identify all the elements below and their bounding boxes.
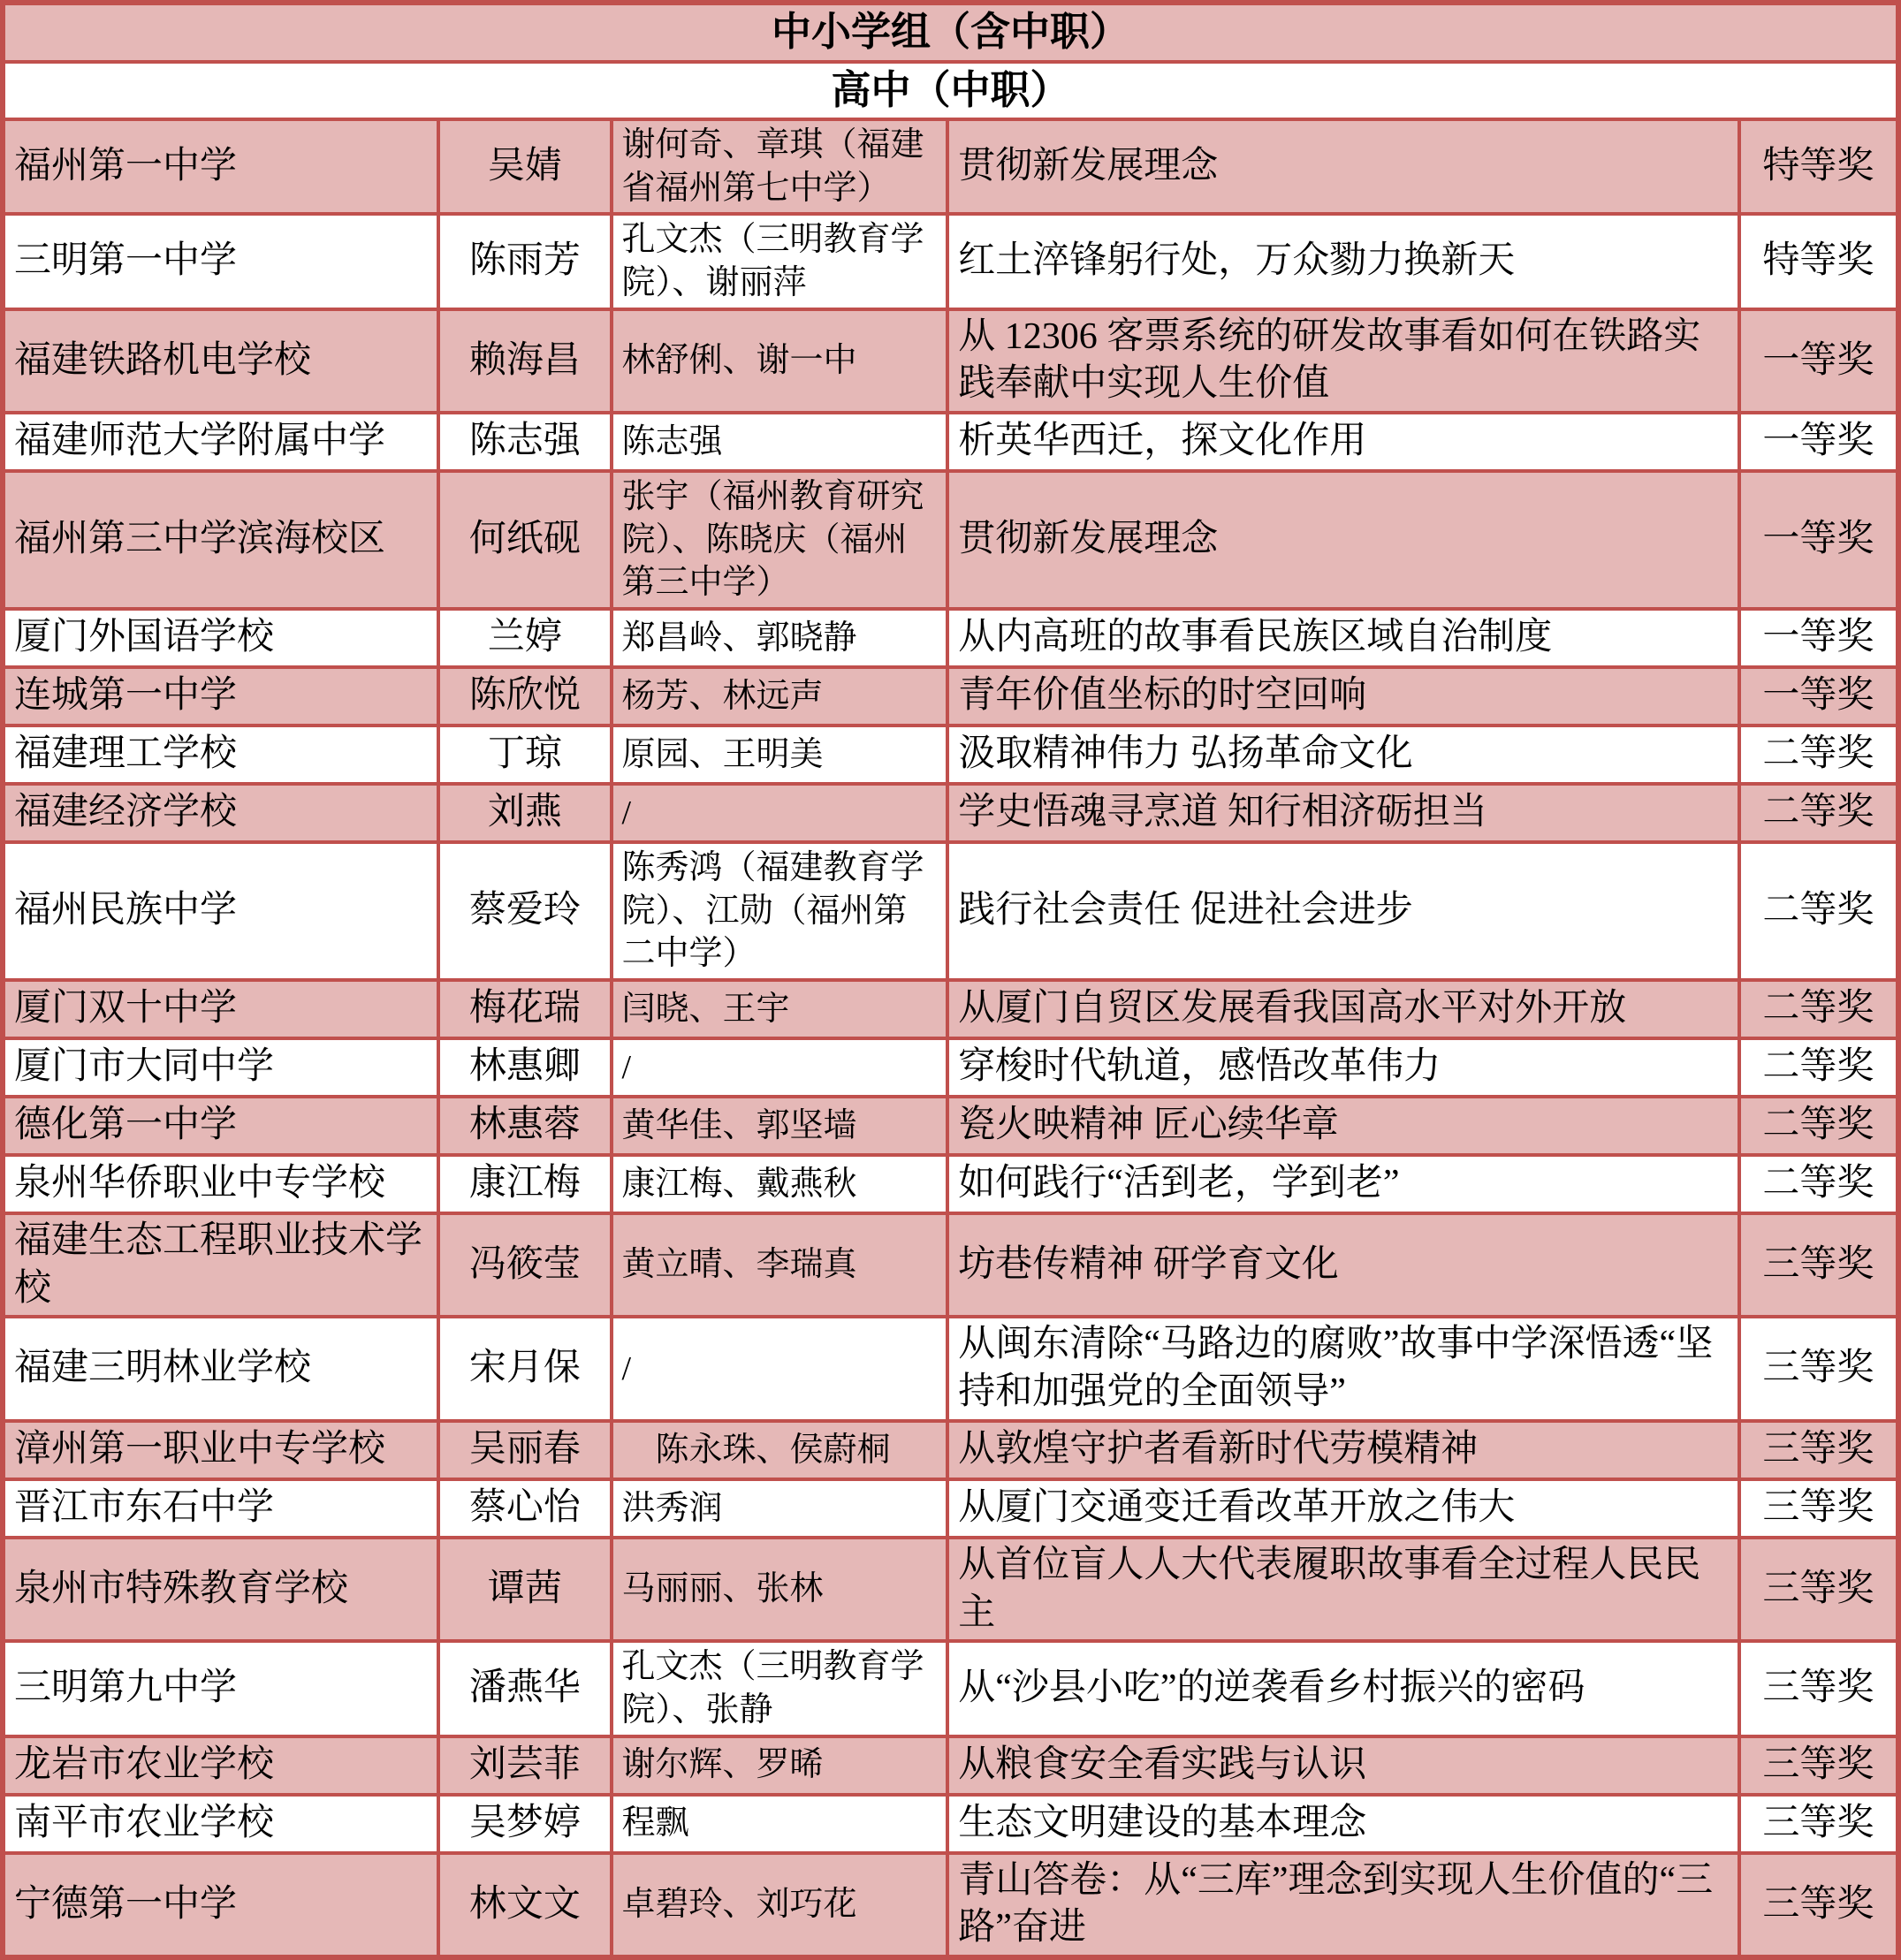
teachers-cell: 马丽丽、张林 <box>612 1538 948 1642</box>
table-row: 福建三明林业学校宋月保/从闽东清除“马路边的腐败”故事中学深悟透“坚持和加强党的… <box>3 1317 1898 1421</box>
table-row: 福建师范大学附属中学陈志强陈志强析英华西迁，探文化作用一等奖 <box>3 413 1898 471</box>
teachers-cell: / <box>612 784 948 842</box>
table-row: 福建理工学校丁琼原园、王明美汲取精神伟力 弘扬革命文化二等奖 <box>3 726 1898 784</box>
award-cell: 三等奖 <box>1739 1421 1898 1479</box>
table-row: 厦门外国语学校兰婷郑昌岭、郭晓静从内高班的故事看民族区域自治制度一等奖 <box>3 609 1898 667</box>
topic-cell: 坊巷传精神 研学育文化 <box>947 1213 1739 1318</box>
school-cell: 晋江市东石中学 <box>3 1479 438 1538</box>
teachers-cell: 原园、王明美 <box>612 726 948 784</box>
award-cell: 三等奖 <box>1739 1317 1898 1421</box>
topic-cell: 青山答卷：从“三库”理念到实现人生价值的“三路”奋进 <box>947 1853 1739 1958</box>
award-cell: 二等奖 <box>1739 784 1898 842</box>
student-cell: 林文文 <box>438 1853 611 1958</box>
table-row: 福州第一中学吴婧谢何奇、章琪（福建省福州第七中学）贯彻新发展理念特等奖 <box>3 119 1898 214</box>
award-cell: 二等奖 <box>1739 980 1898 1038</box>
teachers-cell: 陈秀鸿（福建教育学院）、江勋（福州第二中学） <box>612 842 948 980</box>
award-cell: 二等奖 <box>1739 1097 1898 1155</box>
award-cell: 三等奖 <box>1739 1853 1898 1958</box>
table-row: 厦门市大同中学林惠卿/穿梭时代轨道，感悟改革伟力二等奖 <box>3 1038 1898 1097</box>
award-cell: 三等奖 <box>1739 1795 1898 1853</box>
school-cell: 福建经济学校 <box>3 784 438 842</box>
student-cell: 何纸砚 <box>438 471 611 609</box>
topic-cell: 从敦煌守护者看新时代劳模精神 <box>947 1421 1739 1479</box>
teachers-cell: 黄立晴、李瑞真 <box>612 1213 948 1318</box>
teachers-cell: 洪秀润 <box>612 1479 948 1538</box>
table-row: 厦门双十中学梅花瑞闫晓、王宇从厦门自贸区发展看我国高水平对外开放二等奖 <box>3 980 1898 1038</box>
award-cell: 三等奖 <box>1739 1538 1898 1642</box>
school-cell: 福建理工学校 <box>3 726 438 784</box>
teachers-cell: 张宇（福州教育研究院）、陈晓庆（福州第三中学） <box>612 471 948 609</box>
award-cell: 二等奖 <box>1739 842 1898 980</box>
school-cell: 厦门外国语学校 <box>3 609 438 667</box>
student-cell: 蔡心怡 <box>438 1479 611 1538</box>
table-row: 晋江市东石中学蔡心怡洪秀润从厦门交通变迁看改革开放之伟大三等奖 <box>3 1479 1898 1538</box>
school-cell: 泉州市特殊教育学校 <box>3 1538 438 1642</box>
award-cell: 二等奖 <box>1739 1155 1898 1213</box>
student-cell: 林惠蓉 <box>438 1097 611 1155</box>
school-cell: 三明第九中学 <box>3 1641 438 1736</box>
student-cell: 潘燕华 <box>438 1641 611 1736</box>
student-cell: 陈欣悦 <box>438 667 611 726</box>
award-cell: 一等奖 <box>1739 413 1898 471</box>
section-header-row: 高中（中职） <box>3 62 1898 120</box>
table-row: 泉州华侨职业中专学校康江梅康江梅、戴燕秋如何践行“活到老，学到老”二等奖 <box>3 1155 1898 1213</box>
student-cell: 陈雨芳 <box>438 214 611 308</box>
school-cell: 龙岩市农业学校 <box>3 1736 438 1795</box>
topic-cell: 从厦门交通变迁看改革开放之伟大 <box>947 1479 1739 1538</box>
school-cell: 福州第一中学 <box>3 119 438 214</box>
topic-cell: 汲取精神伟力 弘扬革命文化 <box>947 726 1739 784</box>
teachers-cell: 谢何奇、章琪（福建省福州第七中学） <box>612 119 948 214</box>
award-cell: 二等奖 <box>1739 1038 1898 1097</box>
student-cell: 陈志强 <box>438 413 611 471</box>
student-cell: 刘芸菲 <box>438 1736 611 1795</box>
school-cell: 泉州华侨职业中专学校 <box>3 1155 438 1213</box>
teachers-cell: / <box>612 1038 948 1097</box>
award-cell: 一等奖 <box>1739 609 1898 667</box>
teachers-cell: 闫晓、王宇 <box>612 980 948 1038</box>
student-cell: 吴丽春 <box>438 1421 611 1479</box>
topic-cell: 瓷火映精神 匠心续华章 <box>947 1097 1739 1155</box>
student-cell: 康江梅 <box>438 1155 611 1213</box>
topic-cell: 青年价值坐标的时空回响 <box>947 667 1739 726</box>
topic-cell: 从首位盲人人大代表履职故事看全过程人民民主 <box>947 1538 1739 1642</box>
student-cell: 冯筱莹 <box>438 1213 611 1318</box>
award-cell: 三等奖 <box>1739 1736 1898 1795</box>
award-table-body: 中小学组（含中职） 高中（中职） 福州第一中学吴婧谢何奇、章琪（福建省福州第七中… <box>3 3 1898 1957</box>
topic-cell: 贯彻新发展理念 <box>947 119 1739 214</box>
topic-cell: 如何践行“活到老，学到老” <box>947 1155 1739 1213</box>
student-cell: 蔡爱玲 <box>438 842 611 980</box>
student-cell: 赖海昌 <box>438 309 611 414</box>
school-cell: 福建师范大学附属中学 <box>3 413 438 471</box>
group-header-row: 中小学组（含中职） <box>3 3 1898 62</box>
teachers-cell: 孔文杰（三明教育学院）、谢丽萍 <box>612 214 948 308</box>
school-cell: 连城第一中学 <box>3 667 438 726</box>
student-cell: 谭茜 <box>438 1538 611 1642</box>
student-cell: 吴婧 <box>438 119 611 214</box>
topic-cell: 从粮食安全看实践与认识 <box>947 1736 1739 1795</box>
student-cell: 吴梦婷 <box>438 1795 611 1853</box>
school-cell: 厦门市大同中学 <box>3 1038 438 1097</box>
student-cell: 丁琼 <box>438 726 611 784</box>
teachers-cell: 陈志强 <box>612 413 948 471</box>
topic-cell: 从 12306 客票系统的研发故事看如何在铁路实践奉献中实现人生价值 <box>947 309 1739 414</box>
table-row: 宁德第一中学林文文卓碧玲、刘巧花青山答卷：从“三库”理念到实现人生价值的“三路”… <box>3 1853 1898 1958</box>
school-cell: 南平市农业学校 <box>3 1795 438 1853</box>
student-cell: 刘燕 <box>438 784 611 842</box>
student-cell: 梅花瑞 <box>438 980 611 1038</box>
school-cell: 福建三明林业学校 <box>3 1317 438 1421</box>
school-cell: 厦门双十中学 <box>3 980 438 1038</box>
topic-cell: 红土淬锋躬行处，万众勠力换新天 <box>947 214 1739 308</box>
student-cell: 兰婷 <box>438 609 611 667</box>
table-row: 福建铁路机电学校赖海昌林舒俐、谢一中从 12306 客票系统的研发故事看如何在铁… <box>3 309 1898 414</box>
school-cell: 福州第三中学滨海校区 <box>3 471 438 609</box>
topic-cell: 从“沙县小吃”的逆袭看乡村振兴的密码 <box>947 1641 1739 1736</box>
topic-cell: 从内高班的故事看民族区域自治制度 <box>947 609 1739 667</box>
table-row: 龙岩市农业学校刘芸菲谢尔辉、罗晞从粮食安全看实践与认识三等奖 <box>3 1736 1898 1795</box>
topic-cell: 从闽东清除“马路边的腐败”故事中学深悟透“坚持和加强党的全面领导” <box>947 1317 1739 1421</box>
table-row: 福州第三中学滨海校区何纸砚张宇（福州教育研究院）、陈晓庆（福州第三中学）贯彻新发… <box>3 471 1898 609</box>
award-cell: 二等奖 <box>1739 726 1898 784</box>
teachers-cell: 陈永珠、侯蔚桐 <box>612 1421 948 1479</box>
award-cell: 三等奖 <box>1739 1213 1898 1318</box>
school-cell: 宁德第一中学 <box>3 1853 438 1958</box>
award-cell: 三等奖 <box>1739 1641 1898 1736</box>
teachers-cell: 谢尔辉、罗晞 <box>612 1736 948 1795</box>
topic-cell: 贯彻新发展理念 <box>947 471 1739 609</box>
school-cell: 福建铁路机电学校 <box>3 309 438 414</box>
table-row: 漳州第一职业中专学校吴丽春 陈永珠、侯蔚桐从敦煌守护者看新时代劳模精神三等奖 <box>3 1421 1898 1479</box>
table-row: 南平市农业学校吴梦婷程飘生态文明建设的基本理念三等奖 <box>3 1795 1898 1853</box>
topic-cell: 析英华西迁，探文化作用 <box>947 413 1739 471</box>
table-row: 福建经济学校刘燕/学史悟魂寻烹道 知行相济砺担当二等奖 <box>3 784 1898 842</box>
teachers-cell: 林舒俐、谢一中 <box>612 309 948 414</box>
school-cell: 福州民族中学 <box>3 842 438 980</box>
teachers-cell: 卓碧玲、刘巧花 <box>612 1853 948 1958</box>
award-cell: 一等奖 <box>1739 667 1898 726</box>
teachers-cell: / <box>612 1317 948 1421</box>
student-cell: 宋月保 <box>438 1317 611 1421</box>
award-cell: 一等奖 <box>1739 309 1898 414</box>
teachers-cell: 郑昌岭、郭晓静 <box>612 609 948 667</box>
award-cell: 特等奖 <box>1739 214 1898 308</box>
table-row: 福州民族中学蔡爱玲陈秀鸿（福建教育学院）、江勋（福州第二中学）践行社会责任 促进… <box>3 842 1898 980</box>
topic-cell: 从厦门自贸区发展看我国高水平对外开放 <box>947 980 1739 1038</box>
table-row: 福建生态工程职业技术学校冯筱莹黄立晴、李瑞真坊巷传精神 研学育文化三等奖 <box>3 1213 1898 1318</box>
school-cell: 漳州第一职业中专学校 <box>3 1421 438 1479</box>
table-row: 连城第一中学陈欣悦杨芳、林远声青年价值坐标的时空回响一等奖 <box>3 667 1898 726</box>
teachers-cell: 程飘 <box>612 1795 948 1853</box>
school-cell: 德化第一中学 <box>3 1097 438 1155</box>
award-cell: 特等奖 <box>1739 119 1898 214</box>
topic-cell: 生态文明建设的基本理念 <box>947 1795 1739 1853</box>
table-row: 三明第九中学潘燕华孔文杰（三明教育学院）、张静从“沙县小吃”的逆袭看乡村振兴的密… <box>3 1641 1898 1736</box>
school-cell: 福建生态工程职业技术学校 <box>3 1213 438 1318</box>
school-cell: 三明第一中学 <box>3 214 438 308</box>
table-row: 泉州市特殊教育学校谭茜马丽丽、张林从首位盲人人大代表履职故事看全过程人民民主三等… <box>3 1538 1898 1642</box>
teachers-cell: 杨芳、林远声 <box>612 667 948 726</box>
teachers-cell: 孔文杰（三明教育学院）、张静 <box>612 1641 948 1736</box>
student-cell: 林惠卿 <box>438 1038 611 1097</box>
teachers-cell: 黄华佳、郭坚墙 <box>612 1097 948 1155</box>
table-row: 三明第一中学陈雨芳孔文杰（三明教育学院）、谢丽萍红土淬锋躬行处，万众勠力换新天特… <box>3 214 1898 308</box>
award-cell: 一等奖 <box>1739 471 1898 609</box>
topic-cell: 学史悟魂寻烹道 知行相济砺担当 <box>947 784 1739 842</box>
award-table: 中小学组（含中职） 高中（中职） 福州第一中学吴婧谢何奇、章琪（福建省福州第七中… <box>0 0 1901 1960</box>
topic-cell: 践行社会责任 促进社会进步 <box>947 842 1739 980</box>
group-header: 中小学组（含中职） <box>3 3 1898 62</box>
teachers-cell: 康江梅、戴燕秋 <box>612 1155 948 1213</box>
section-header: 高中（中职） <box>3 62 1898 120</box>
topic-cell: 穿梭时代轨道，感悟改革伟力 <box>947 1038 1739 1097</box>
award-cell: 三等奖 <box>1739 1479 1898 1538</box>
table-row: 德化第一中学林惠蓉黄华佳、郭坚墙瓷火映精神 匠心续华章二等奖 <box>3 1097 1898 1155</box>
